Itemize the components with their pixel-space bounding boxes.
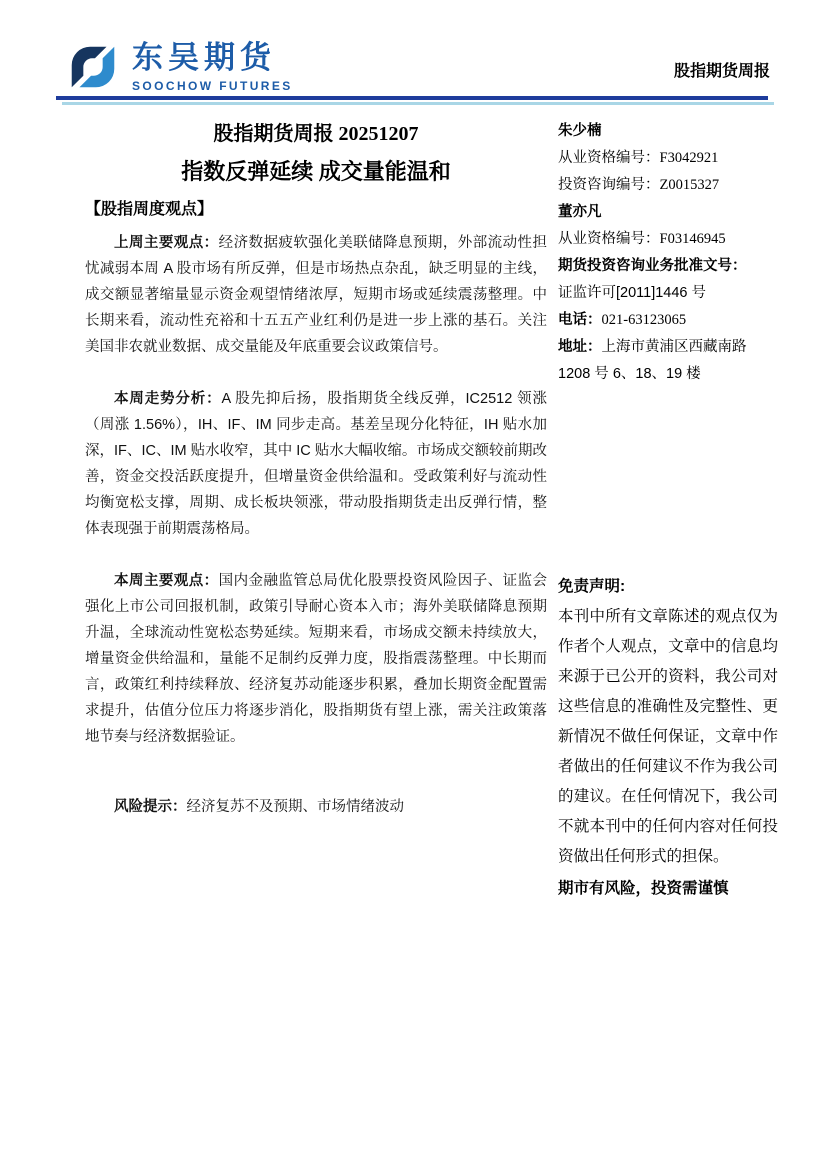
analyst1-name: 朱少楠: [558, 118, 776, 145]
risk-notice-body: 经济复苏不及预期、市场情绪波动: [187, 799, 405, 815]
logo-english-name: SOOCHOW FUTURES: [132, 78, 293, 94]
analyst2-name: 董亦凡: [558, 199, 776, 226]
phone-label: 电话：: [558, 312, 602, 328]
analyst2-registration: 从业资格编号：F03146945: [558, 226, 776, 253]
analyst1-registration: 从业资格编号：F3042921: [558, 145, 776, 172]
advisory-label: 投资咨询编号：: [558, 177, 660, 193]
registration-number: F3042921: [660, 150, 719, 166]
logo-wordmark: 东吴期货 SOOCHOW FUTURES: [132, 38, 293, 94]
disclaimer-block: 免责声明: 本刊中所有文章陈述的观点仅为作者个人观点，文章中的信息均来源于已公开…: [558, 572, 778, 904]
paragraph-this-week-view: 本周主要观点：国内金融监管总局优化股票投资风险因子、证监会强化上市公司回报机制，…: [85, 568, 547, 750]
paragraph-lead: 本周主要观点：: [114, 573, 219, 589]
advisory-number: Z0015327: [660, 177, 720, 193]
disclaimer-body: 本刊中所有文章陈述的观点仅为作者个人观点，文章中的信息均来源于已公开的资料，我公…: [558, 602, 778, 872]
paragraph-body: A 股先抑后扬，股指期货全线反弹，IC2512 领涨（周涨 1.56%），IH、…: [85, 391, 547, 537]
registration-label: 从业资格编号：: [558, 150, 660, 166]
market-risk-warning: 期市有风险，投资需谨慎: [558, 874, 778, 904]
paragraph-lead: 本周走势分析：: [114, 391, 221, 407]
phone-number: 021-63123065: [602, 312, 687, 328]
disclaimer-title: 免责声明:: [558, 572, 778, 602]
analyst1-advisory: 投资咨询编号：Z0015327: [558, 172, 776, 199]
paragraph-body: 经济数据疲软强化美联储降息预期，外部流动性担忧减弱本周 A 股市场有所反弹，但是…: [85, 235, 547, 355]
analyst-sidebar: 朱少楠 从业资格编号：F3042921 投资咨询编号：Z0015327 董亦凡 …: [558, 118, 776, 388]
paragraph-body: 国内金融监管总局优化股票投资风险因子、证监会强化上市公司回报机制，政策引导耐心资…: [85, 573, 547, 745]
paragraph-week-trend-analysis: 本周走势分析：A 股先抑后扬，股指期货全线反弹，IC2512 领涨（周涨 1.5…: [85, 386, 547, 542]
report-title: 股指期货周报 20251207: [85, 120, 547, 148]
header-rule-light: [62, 102, 774, 105]
license-label: 期货投资咨询业务批准文号：: [558, 253, 776, 280]
company-logo: 东吴期货 SOOCHOW FUTURES: [64, 38, 293, 96]
logo-chinese-name: 东吴期货: [132, 38, 293, 78]
risk-notice: 风险提示：经济复苏不及预期、市场情绪波动: [85, 794, 547, 820]
paragraph-lead: 上周主要观点：: [114, 235, 219, 251]
license-number: 证监许可[2011]1446 号: [558, 280, 776, 307]
registration-label: 从业资格编号：: [558, 231, 660, 247]
report-type-label: 股指期货周报: [674, 58, 770, 81]
phone-line: 电话：021-63123065: [558, 307, 776, 334]
address-line: 地址：上海市黄浦区西藏南路 1208 号 6、18、19 楼: [558, 334, 776, 388]
address-label: 地址：: [558, 339, 602, 355]
report-subtitle: 指数反弹延续 成交量能温和: [85, 157, 547, 187]
report-page: 东吴期货 SOOCHOW FUTURES 股指期货周报 股指期货周报 20251…: [0, 0, 826, 1169]
paragraph-last-week-view: 上周主要观点：经济数据疲软强化美联储降息预期，外部流动性担忧减弱本周 A 股市场…: [85, 230, 547, 360]
risk-notice-lead: 风险提示：: [114, 799, 187, 815]
registration-number: F03146945: [660, 231, 726, 247]
soochow-logo-icon: [64, 38, 122, 96]
header-rule-dark: [56, 96, 768, 100]
section-heading-weekly-view: 【股指周度观点】: [85, 199, 547, 221]
main-column: 股指期货周报 20251207 指数反弹延续 成交量能温和 【股指周度观点】 上…: [85, 115, 547, 820]
